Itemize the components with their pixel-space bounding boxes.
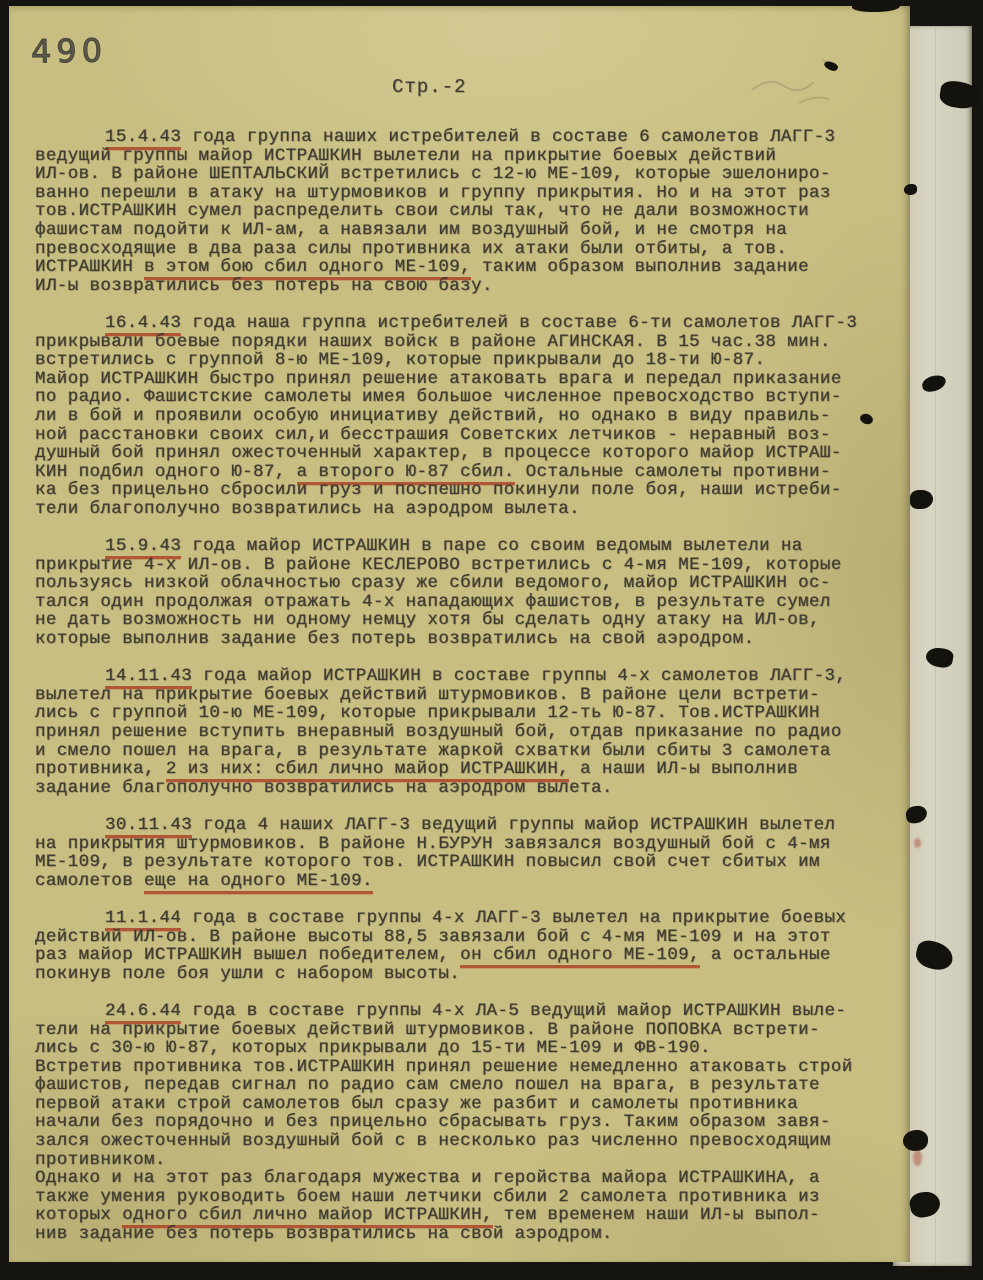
text-line: ИСТРАШКИН в этом бою сбил одного МЕ-109,… — [35, 258, 909, 277]
document-paragraph: 15.4.43 года группа наших истребителей в… — [35, 128, 909, 295]
pencil-scribble — [744, 48, 844, 118]
text-line: 11.1.44 года в составе группы 4-х ЛАГГ-3… — [35, 909, 909, 928]
document-paragraph: 15.9.43 года майор ИСТРАШКИН в паре со с… — [35, 537, 909, 649]
page-body: 15.4.43 года группа наших истребителей в… — [35, 128, 909, 1262]
text-line: принял решение вступить внеравный воздуш… — [35, 723, 909, 742]
text-line: душный бой принял ожесточенный характер,… — [35, 444, 909, 463]
text-line: Однако и на этот раз благодаря мужества … — [35, 1169, 909, 1188]
text-segment: начали без порядочно и без прицельно сбр… — [35, 1112, 831, 1132]
text-line: 15.4.43 года группа наших истребителей в… — [35, 128, 909, 147]
document-paragraph: 30.11.43 года 4 наших ЛАГГ-3 ведущий гру… — [35, 816, 909, 890]
red-pencil-smudge — [914, 838, 921, 848]
text-segment: принял решение вступить внеравный воздуш… — [35, 722, 842, 742]
text-segment: также умения руководить боем наши летчик… — [35, 1187, 820, 1207]
text-segment: года майор ИСТРАШКИН в паре со своим вед… — [181, 536, 802, 556]
text-line: Майор ИСТРАШКИН быстро принял решение ат… — [35, 370, 909, 389]
document-paragraph: 11.1.44 года в составе группы 4-х ЛАГГ-3… — [35, 909, 909, 983]
text-line: прикрывали боевые порядки наших войск в … — [35, 333, 909, 352]
text-line: Встретив противника тов.ИСТРАШКИН принял… — [35, 1058, 909, 1077]
text-segment: ванно перешли в атаку на штурмовиков и г… — [35, 183, 831, 203]
text-segment: Майор ИСТРАШКИН быстро принял решение ат… — [35, 369, 842, 389]
text-line: самолетов еще на одного МЕ-109. — [35, 872, 909, 891]
text-segment: ной расстановки своих сил,и бесстрашия С… — [35, 425, 831, 445]
text-segment: Остальные самолеты противни- — [515, 462, 831, 482]
text-segment: фашистов, передав сигнал по радио сам см… — [35, 1075, 820, 1095]
document-page: 490 Стр.-2 15.4.43 года группа наших ист… — [9, 6, 910, 1262]
text-line: пользуясь низкой облачностью сразу же сб… — [35, 574, 909, 593]
tear-hole — [904, 184, 917, 195]
text-segment: нив задание без потерь возвратились на с… — [35, 1224, 613, 1244]
text-line: тался один продолжая отражать 4-х напада… — [35, 593, 909, 612]
text-line: КИН подбил одного Ю-87, а второго Ю-87 с… — [35, 463, 909, 482]
text-line: фашистов, передав сигнал по радио сам см… — [35, 1076, 909, 1095]
text-segment: ка без прицельно сбросили груз и поспешн… — [35, 480, 842, 500]
text-segment: МЕ-109, в результате которого тов. ИСТРА… — [35, 852, 820, 872]
text-segment: а наши ИЛ-ы выполнив — [569, 759, 798, 779]
text-line: ведущий группы майор ИСТРАШКИН вылетели … — [35, 147, 909, 166]
text-line: тели на прикрытие боевых действий штурмо… — [35, 1021, 909, 1040]
paper-crease — [935, 26, 937, 1266]
text-line: встретились с группой 8-ю МЕ-109, которы… — [35, 351, 909, 370]
text-segment: противником. — [35, 1150, 166, 1170]
text-line: ИЛ-ов. В районе ШЕПТАЛЬСКИЙ встретились … — [35, 165, 909, 184]
text-segment: ИЛ-ы возвратились без потерь на свою баз… — [35, 276, 493, 296]
text-segment: года группа наших истребителей в составе… — [181, 127, 835, 147]
text-segment: года майор ИСТРАШКИН в составе группы 4-… — [192, 666, 846, 686]
text-segment: прикрывали боевые порядки наших войск в … — [35, 332, 831, 352]
text-segment: не дать возможность ни одному немцу хотя… — [35, 610, 820, 630]
text-segment: по радио. Фашистские самолеты имея больш… — [35, 387, 842, 407]
archive-page-number-stamp: 490 — [31, 31, 108, 70]
text-segment: первой атаки строй самолетов был сразу ж… — [35, 1094, 798, 1114]
text-line: нив задание без потерь возвратились на с… — [35, 1225, 909, 1244]
text-line: начали без порядочно и без прицельно сбр… — [35, 1113, 909, 1132]
text-segment: года наша группа истребителей в составе … — [181, 313, 857, 333]
text-segment: душный бой принял ожесточенный характер,… — [35, 443, 842, 463]
text-segment: ведущий группы майор ИСТРАШКИН вылетели … — [35, 146, 776, 166]
text-segment: года в составе группы 4-х ЛАГГ-3 вылетел… — [181, 908, 846, 928]
text-segment: года 4 наших ЛАГГ-3 ведущий группы майор… — [192, 815, 835, 835]
text-line: противником. — [35, 1151, 909, 1170]
text-segment: тем временем наши ИЛ-ы выпол- — [493, 1205, 820, 1225]
text-segment: превосходящие в два раза силы противника… — [35, 239, 787, 259]
text-segment: которые выполнив задание без потерь возв… — [35, 629, 755, 649]
text-segment: тов.ИСТРАШКИН сумел распределить свои си… — [35, 201, 809, 221]
text-segment: вылетел на прикрытие боевых действий шту… — [35, 685, 820, 705]
text-segment: тался один продолжая отражать 4-х напада… — [35, 592, 831, 612]
text-segment: пользуясь низкой облачностью сразу же сб… — [35, 573, 831, 593]
text-line: также умения руководить боем наши летчик… — [35, 1188, 909, 1207]
text-segment: зался ожесточенный воздушный бой с в нес… — [35, 1131, 831, 1151]
red-underlined-text: он сбил одного МЕ-109, — [460, 945, 700, 968]
text-segment: года в составе группы 4-х ЛА-5 ведущий м… — [181, 1001, 846, 1021]
text-line: 15.9.43 года майор ИСТРАШКИН в паре со с… — [35, 537, 909, 556]
text-segment: тели на прикрытие боевых действий штурмо… — [35, 1020, 820, 1040]
text-line: прикрытие 4-х ИЛ-ов. В районе КЕСЛЕРОВО … — [35, 556, 909, 575]
text-line: ка без прицельно сбросили груз и поспешн… — [35, 481, 909, 500]
text-line: 24.6.44 года в составе группы 4-х ЛА-5 в… — [35, 1002, 909, 1021]
text-line: лись с группой 10-ю МЕ-109, которые прик… — [35, 704, 909, 723]
text-segment: ИЛ-ов. В районе ШЕПТАЛЬСКИЙ встретились … — [35, 164, 831, 184]
text-line: ванно перешли в атаку на штурмовиков и г… — [35, 184, 909, 203]
text-segment: Однако и на этот раз благодаря мужества … — [35, 1168, 820, 1188]
tear-hole — [903, 1130, 928, 1151]
text-line: которых одного сбил лично майор ИСТРАШКИ… — [35, 1206, 909, 1225]
text-line: МЕ-109, в результате которого тов. ИСТРА… — [35, 853, 909, 872]
text-line: лись с 30-ю Ю-87, которых прикрывали до … — [35, 1039, 909, 1058]
text-segment: лись с группой 10-ю МЕ-109, которые прик… — [35, 703, 820, 723]
text-line: ной расстановки своих сил,и бесстрашия С… — [35, 426, 909, 445]
text-segment: противника, — [35, 759, 166, 779]
document-paragraph: 24.6.44 года в составе группы 4-х ЛА-5 в… — [35, 1002, 909, 1244]
red-underlined-text: еще на одного МЕ-109. — [144, 871, 373, 894]
text-line: ли в бой и проявили особую инициативу де… — [35, 407, 909, 426]
edge-notch — [852, 0, 900, 12]
text-line: которые выполнив задание без потерь возв… — [35, 630, 909, 649]
text-segment: тели благополучно возвратились на аэродр… — [35, 499, 580, 519]
text-segment: и смело пошел на врага, в результате жар… — [35, 741, 831, 761]
page-header: Стр.-2 — [392, 76, 466, 98]
text-line: на прикрытия штурмовиков. В районе Н.БУР… — [35, 835, 909, 854]
text-line: ИЛ-ы возвратились без потерь на свою баз… — [35, 277, 909, 296]
text-segment: прикрытие 4-х ИЛ-ов. В районе КЕСЛЕРОВО … — [35, 555, 842, 575]
text-line: задание благополучно возвратились на аэр… — [35, 779, 909, 798]
text-line: и смело пошел на врага, в результате жар… — [35, 742, 909, 761]
red-pencil-smudge — [913, 1150, 922, 1166]
text-line: 16.4.43 года наша группа истребителей в … — [35, 314, 909, 333]
text-line: по радио. Фашистские самолеты имея больш… — [35, 388, 909, 407]
text-line: первой атаки строй самолетов был сразу ж… — [35, 1095, 909, 1114]
text-segment: действий ИЛ-ов. В районе высоты 88,5 зав… — [35, 927, 831, 947]
text-segment: раз майор ИСТРАШКИН вышел победителем, — [35, 945, 460, 965]
document-paragraph: 14.11.43 года майор ИСТРАШКИН в составе … — [35, 667, 909, 797]
text-segment: фашистам подойти к ИЛ-ам, а навязали им … — [35, 220, 787, 240]
text-segment: покинув поле боя ушли с набором высоты. — [35, 964, 460, 984]
text-line: 30.11.43 года 4 наших ЛАГГ-3 ведущий гру… — [35, 816, 909, 835]
text-segment: встретились с группой 8-ю МЕ-109, которы… — [35, 350, 765, 370]
text-line: фашистам подойти к ИЛ-ам, а навязали им … — [35, 221, 909, 240]
text-line: не дать возможность ни одному немцу хотя… — [35, 611, 909, 630]
text-segment: ли в бой и проявили особую инициативу де… — [35, 406, 831, 426]
text-line: превосходящие в два раза силы противника… — [35, 240, 909, 259]
text-line: действий ИЛ-ов. В районе высоты 88,5 зав… — [35, 928, 909, 947]
text-segment: а остальные — [700, 945, 831, 965]
text-line: тов.ИСТРАШКИН сумел распределить свои си… — [35, 202, 909, 221]
text-segment: таким образом выполнив задание — [471, 257, 809, 277]
text-segment: Встретив противника тов.ИСТРАШКИН принял… — [35, 1057, 853, 1077]
text-line: 14.11.43 года майор ИСТРАШКИН в составе … — [35, 667, 909, 686]
text-segment: которых — [35, 1205, 122, 1225]
text-segment: самолетов — [35, 871, 144, 891]
text-segment: задание благополучно возвратились на аэр… — [35, 778, 613, 798]
text-segment: КИН подбил одного Ю-87, — [35, 462, 297, 482]
text-segment: ИСТРАШКИН — [35, 257, 144, 277]
text-line: раз майор ИСТРАШКИН вышел победителем, о… — [35, 946, 909, 965]
text-line: противника, 2 из них: сбил лично майор И… — [35, 760, 909, 779]
text-segment: на прикрытия штурмовиков. В районе Н.БУР… — [35, 834, 831, 854]
text-line: зался ожесточенный воздушный бой с в нес… — [35, 1132, 909, 1151]
document-paragraph: 16.4.43 года наша группа истребителей в … — [35, 314, 909, 519]
text-line: тели благополучно возвратились на аэродр… — [35, 500, 909, 519]
text-line: вылетел на прикрытие боевых действий шту… — [35, 686, 909, 705]
text-segment: лись с 30-ю Ю-87, которых прикрывали до … — [35, 1038, 711, 1058]
